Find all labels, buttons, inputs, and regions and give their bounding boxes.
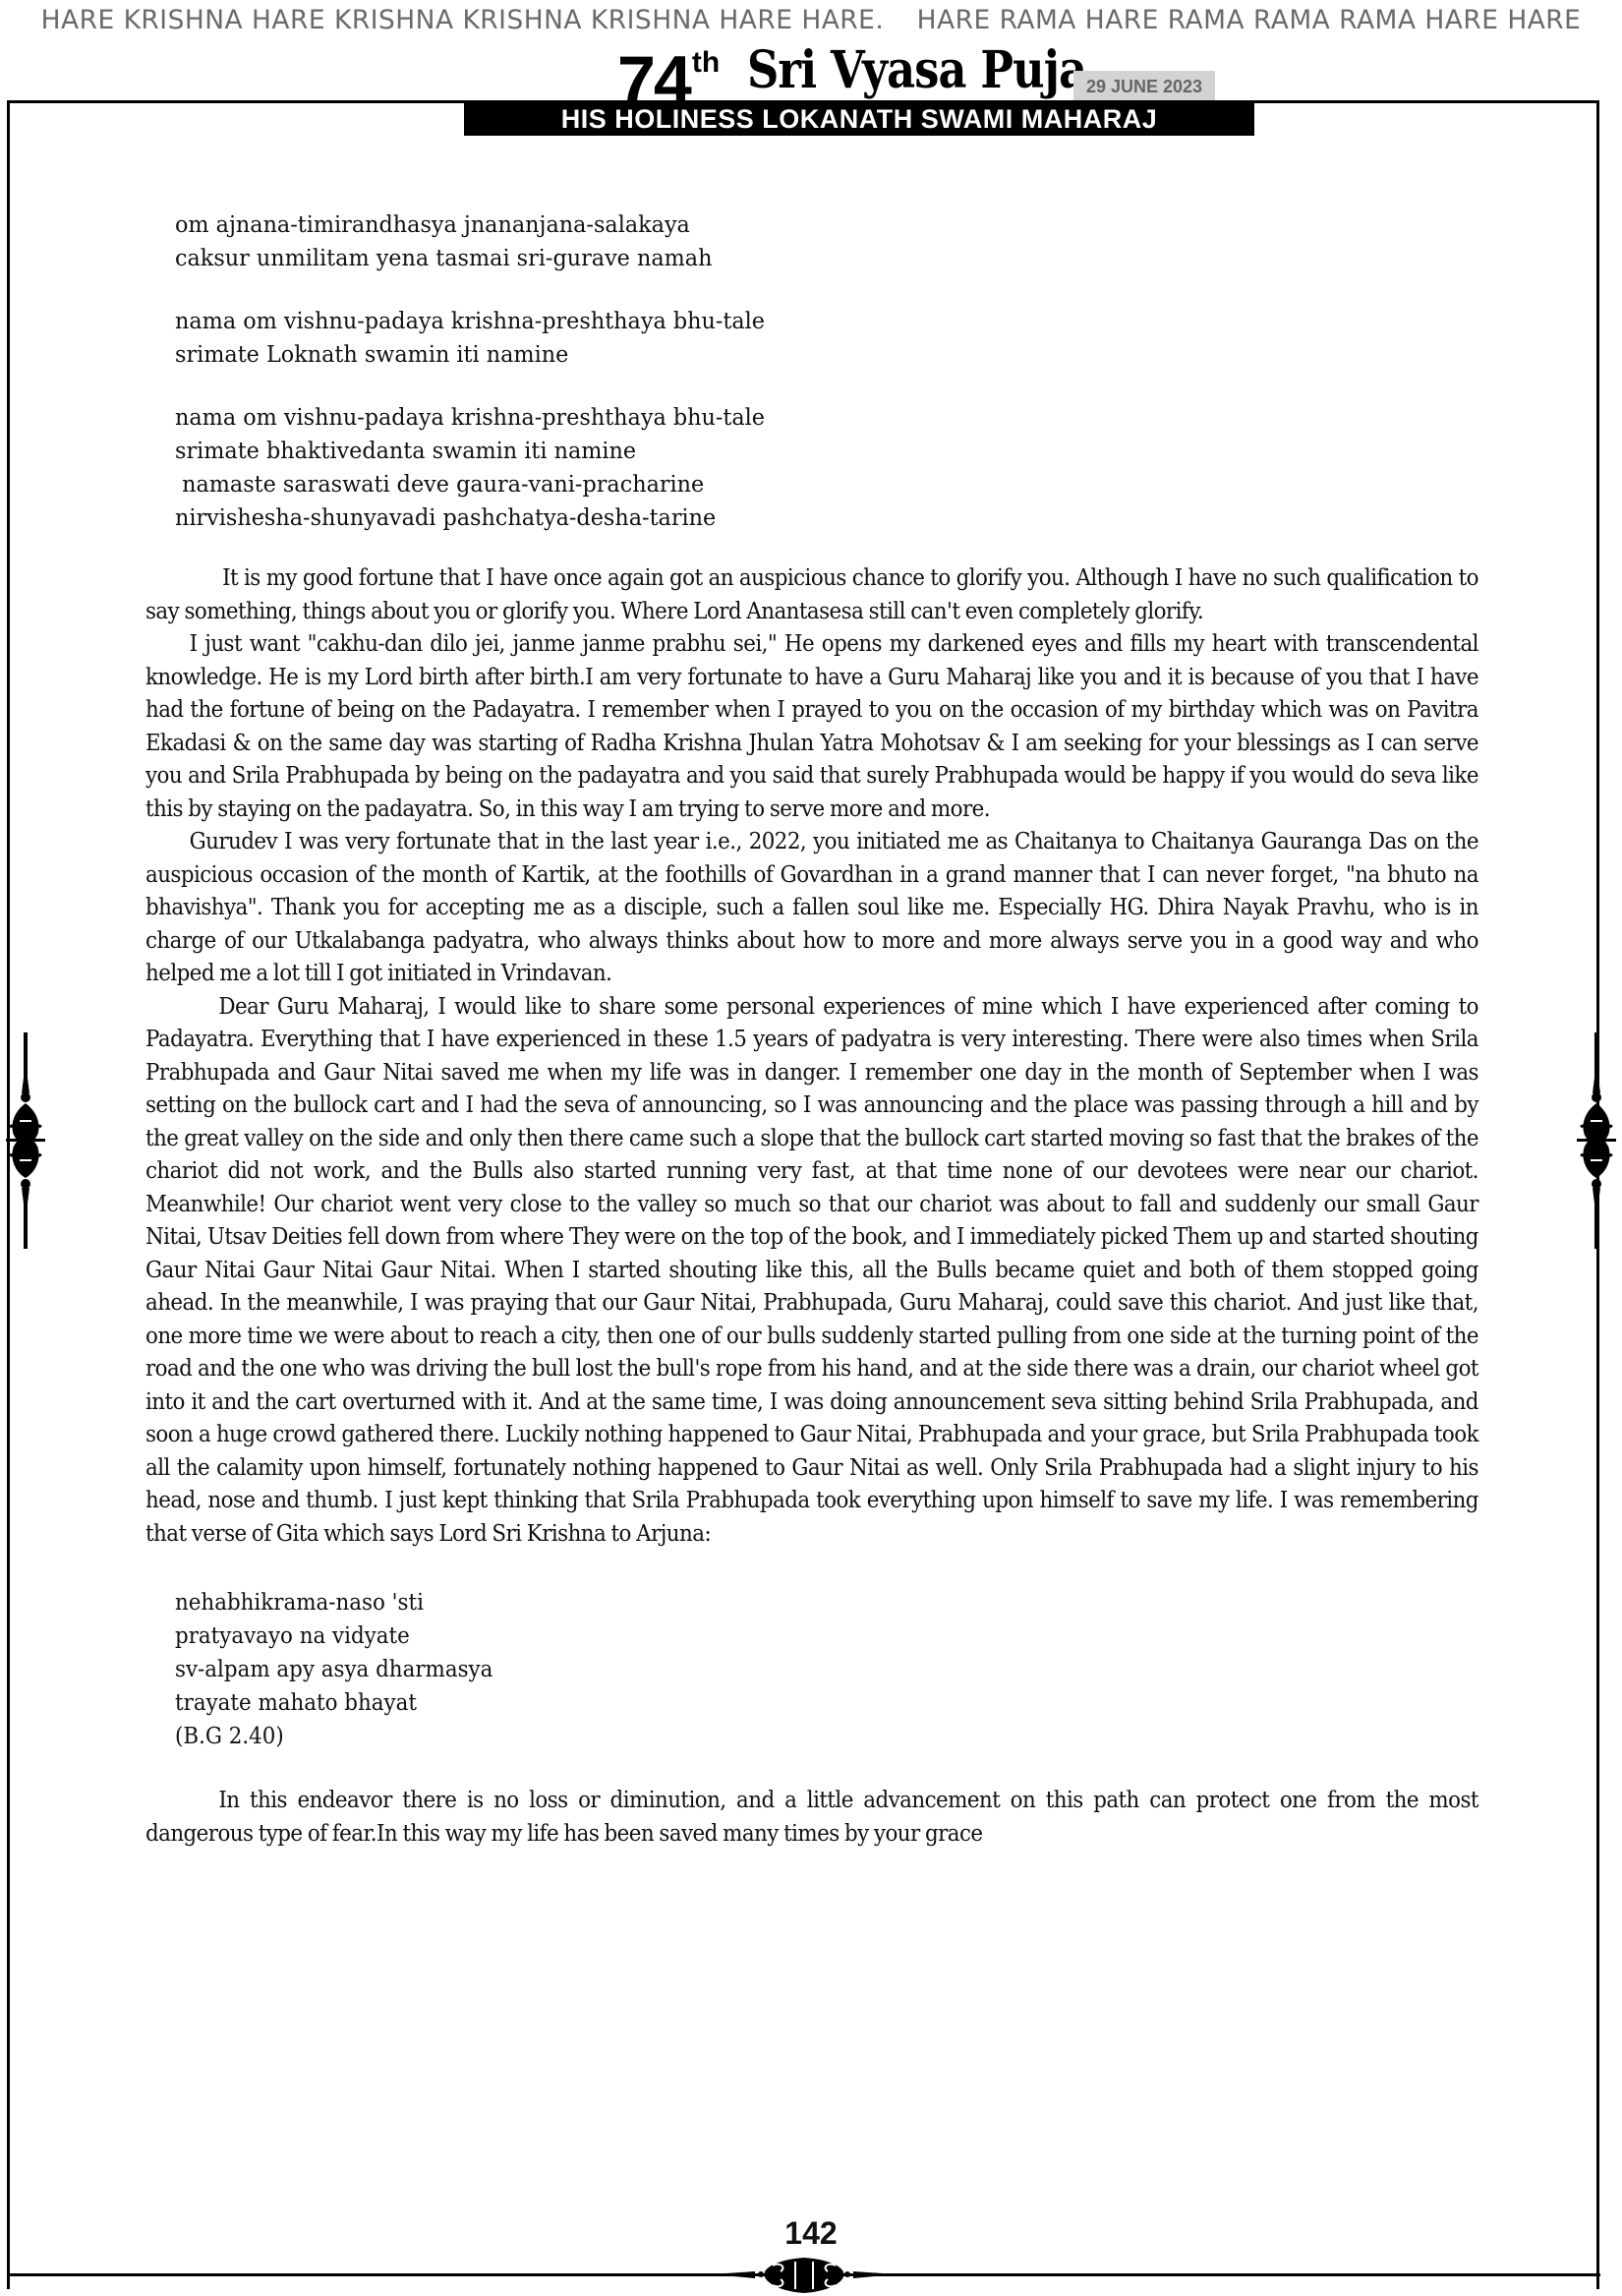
date-badge: 29 JUNE 2023 <box>1073 71 1215 102</box>
paragraph: Dear Guru Maharaj, I would like to share… <box>145 991 1478 1552</box>
prayer-line: nama om vishnu-padaya krishna-preshthaya… <box>175 401 1439 435</box>
verse-line: nehabhikrama-naso 'sti <box>175 1586 1387 1619</box>
page-title: Sri Vyasa Puja <box>747 39 1086 102</box>
mantra-header: HARE KRISHNA HARE KRISHNA KRISHNA KRISHN… <box>17 0 1606 39</box>
page-number: 142 <box>0 2215 1622 2251</box>
verse-line: trayate mahato bhayat <box>175 1686 1387 1720</box>
prayer-line: om ajnana-timirandhasya jnananjana-salak… <box>175 208 1439 242</box>
prayer-line: namaste saraswati deve gaura-vani-pracha… <box>175 468 1439 501</box>
verse-line: pratyavayo na vidyate <box>175 1619 1387 1653</box>
ornament-right-icon <box>1577 1032 1616 1249</box>
verse-citation: (B.G 2.40) <box>175 1720 1387 1753</box>
paragraph: Gurudev I was very fortunate that in the… <box>145 826 1478 991</box>
mantra-right: HARE RAMA HARE RAMA RAMA RAMA HARE HARE <box>917 5 1582 35</box>
gita-verse: nehabhikrama-naso 'sti pratyavayo na vid… <box>175 1586 1387 1753</box>
article-body: om ajnana-timirandhasya jnananjana-salak… <box>145 208 1478 1851</box>
subtitle-banner: HIS HOLINESS LOKANATH SWAMI MAHARAJ <box>464 102 1254 136</box>
prayer-line: srimate bhaktivedanta swamin iti namine <box>175 435 1439 468</box>
closing-paragraph: In this endeavor there is no loss or dim… <box>145 1785 1478 1851</box>
paragraph: It is my good fortune that I have once a… <box>145 562 1478 628</box>
ornament-bottom-icon <box>8 2258 1600 2293</box>
prayer-line: nama om vishnu-padaya krishna-preshthaya… <box>175 305 1439 338</box>
mantra-left: HARE KRISHNA HARE KRISHNA KRISHNA KRISHN… <box>41 5 885 35</box>
prayer-line: nirvishesha-shunyavadi pashchatya-desha-… <box>175 501 1439 535</box>
title-ordinal: th <box>692 46 720 79</box>
title-block: 74th Sri Vyasa Puja 29 JUNE 2023 <box>0 37 1622 98</box>
verse-line: sv-alpam apy asya dharmasya <box>175 1653 1387 1686</box>
prayer-line: srimate Loknath swamin iti namine <box>175 338 1439 372</box>
paragraph: I just want "cakhu-dan dilo jei, janme j… <box>145 628 1478 826</box>
ornament-left-icon <box>6 1032 45 1249</box>
prayer-line: caksur unmilitam yena tasmai sri-gurave … <box>175 242 1439 275</box>
